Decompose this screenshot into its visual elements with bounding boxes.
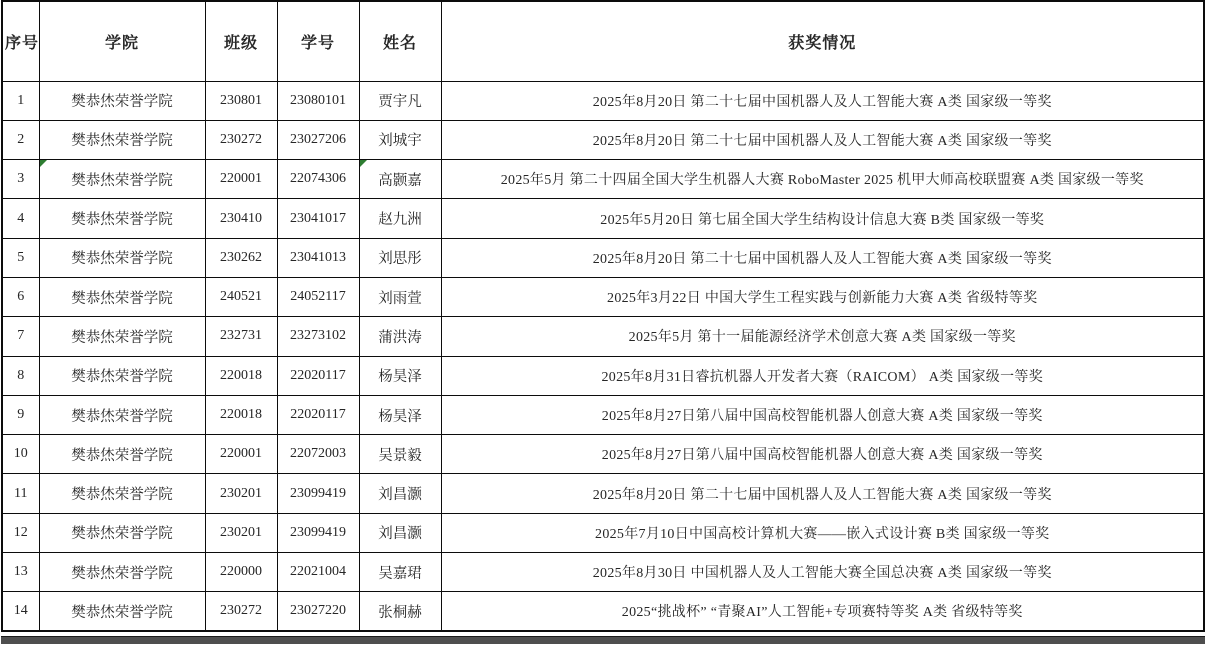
cell-student-id[interactable]: 23027206: [277, 120, 359, 159]
cell-college[interactable]: 樊恭烋荣誉学院: [39, 120, 205, 159]
cell-class[interactable]: 220001: [205, 160, 277, 199]
header-cell-index[interactable]: 序号: [2, 1, 39, 81]
cell-award[interactable]: 2025年5月 第二十四届全国大学生机器人大赛 RoboMaster 2025 …: [441, 160, 1204, 199]
cell-name[interactable]: 杨昊泽: [359, 356, 441, 395]
cell-name[interactable]: 刘昌灏: [359, 474, 441, 513]
cell-class[interactable]: 220018: [205, 356, 277, 395]
header-cell-class[interactable]: 班级: [205, 1, 277, 81]
table-row: 13樊恭烋荣誉学院22000022021004吴嘉珺2025年8月30日 中国机…: [2, 553, 1204, 592]
cell-student-id[interactable]: 22020117: [277, 395, 359, 434]
table-row: 11樊恭烋荣誉学院23020123099419刘昌灏2025年8月20日 第二十…: [2, 474, 1204, 513]
cell-index[interactable]: 6: [2, 277, 39, 316]
cell-index[interactable]: 2: [2, 120, 39, 159]
cell-class[interactable]: 220018: [205, 395, 277, 434]
cell-award[interactable]: 2025“挑战杯” “青聚AI”人工智能+专项赛特等奖 A类 省级特等奖: [441, 592, 1204, 631]
table-row: 14樊恭烋荣誉学院23027223027220张桐赫2025“挑战杯” “青聚A…: [2, 592, 1204, 631]
cell-award[interactable]: 2025年8月27日第八届中国高校智能机器人创意大赛 A类 国家级一等奖: [441, 435, 1204, 474]
cell-class[interactable]: 220001: [205, 435, 277, 474]
header-cell-award[interactable]: 获奖情况: [441, 1, 1204, 81]
cell-index[interactable]: 11: [2, 474, 39, 513]
cell-college[interactable]: 樊恭烋荣誉学院: [39, 474, 205, 513]
header-row: 序号 学院 班级 学号 姓名 获奖情况: [2, 1, 1204, 81]
header-cell-name[interactable]: 姓名: [359, 1, 441, 81]
cell-award[interactable]: 2025年3月22日 中国大学生工程实践与创新能力大赛 A类 省级特等奖: [441, 277, 1204, 316]
table-row: 9樊恭烋荣誉学院22001822020117杨昊泽2025年8月27日第八届中国…: [2, 395, 1204, 434]
cell-award[interactable]: 2025年5月20日 第七届全国大学生结构设计信息大赛 B类 国家级一等奖: [441, 199, 1204, 238]
cell-name[interactable]: 刘昌灏: [359, 513, 441, 552]
table-header: 序号 学院 班级 学号 姓名 获奖情况: [2, 1, 1204, 81]
cell-index[interactable]: 10: [2, 435, 39, 474]
cell-award[interactable]: 2025年5月 第十一届能源经济学术创意大赛 A类 国家级一等奖: [441, 317, 1204, 356]
cell-name[interactable]: 吴景毅: [359, 435, 441, 474]
table-body: 1樊恭烋荣誉学院23080123080101贾宇凡2025年8月20日 第二十七…: [2, 81, 1204, 631]
cell-college[interactable]: 樊恭烋荣誉学院: [39, 592, 205, 631]
cell-index[interactable]: 14: [2, 592, 39, 631]
cell-class[interactable]: 230201: [205, 513, 277, 552]
cell-student-id[interactable]: 22021004: [277, 553, 359, 592]
header-cell-student-id[interactable]: 学号: [277, 1, 359, 81]
cell-name[interactable]: 赵九洲: [359, 199, 441, 238]
cell-name[interactable]: 高颢嘉: [359, 160, 441, 199]
table-row: 5樊恭烋荣誉学院23026223041013刘思彤2025年8月20日 第二十七…: [2, 238, 1204, 277]
cell-award[interactable]: 2025年7月10日中国高校计算机大赛——嵌入式设计赛 B类 国家级一等奖: [441, 513, 1204, 552]
cell-index[interactable]: 8: [2, 356, 39, 395]
header-cell-college[interactable]: 学院: [39, 1, 205, 81]
cell-college[interactable]: 樊恭烋荣誉学院: [39, 435, 205, 474]
table-row: 1樊恭烋荣誉学院23080123080101贾宇凡2025年8月20日 第二十七…: [2, 81, 1204, 120]
cell-college[interactable]: 樊恭烋荣誉学院: [39, 160, 205, 199]
table-row: 2樊恭烋荣誉学院23027223027206刘城宇2025年8月20日 第二十七…: [2, 120, 1204, 159]
cell-index[interactable]: 5: [2, 238, 39, 277]
cell-student-id[interactable]: 23027220: [277, 592, 359, 631]
cell-class[interactable]: 230801: [205, 81, 277, 120]
awards-table: 序号 学院 班级 学号 姓名 获奖情况 1樊恭烋荣誉学院230801230801…: [1, 0, 1205, 632]
cell-index[interactable]: 4: [2, 199, 39, 238]
cell-class[interactable]: 220000: [205, 553, 277, 592]
cell-college[interactable]: 樊恭烋荣誉学院: [39, 553, 205, 592]
cell-college[interactable]: 樊恭烋荣誉学院: [39, 277, 205, 316]
cell-award[interactable]: 2025年8月20日 第二十七届中国机器人及人工智能大赛 A类 国家级一等奖: [441, 474, 1204, 513]
cell-award[interactable]: 2025年8月20日 第二十七届中国机器人及人工智能大赛 A类 国家级一等奖: [441, 81, 1204, 120]
cell-award[interactable]: 2025年8月31日睿抗机器人开发者大赛（RAICOM） A类 国家级一等奖: [441, 356, 1204, 395]
cell-student-id[interactable]: 23099419: [277, 474, 359, 513]
cell-index[interactable]: 1: [2, 81, 39, 120]
cell-college[interactable]: 樊恭烋荣誉学院: [39, 317, 205, 356]
cell-class[interactable]: 240521: [205, 277, 277, 316]
cell-name[interactable]: 蒲洪涛: [359, 317, 441, 356]
cell-index[interactable]: 9: [2, 395, 39, 434]
cell-college[interactable]: 樊恭烋荣誉学院: [39, 199, 205, 238]
cell-student-id[interactable]: 22074306: [277, 160, 359, 199]
cell-name[interactable]: 杨昊泽: [359, 395, 441, 434]
cell-name[interactable]: 张桐赫: [359, 592, 441, 631]
cell-name[interactable]: 吴嘉珺: [359, 553, 441, 592]
cell-class[interactable]: 230262: [205, 238, 277, 277]
next-section-divider: [1, 636, 1205, 644]
cell-index[interactable]: 12: [2, 513, 39, 552]
cell-college[interactable]: 樊恭烋荣誉学院: [39, 81, 205, 120]
cell-award[interactable]: 2025年8月30日 中国机器人及人工智能大赛全国总决赛 A类 国家级一等奖: [441, 553, 1204, 592]
cell-student-id[interactable]: 23080101: [277, 81, 359, 120]
table-row: 7樊恭烋荣誉学院23273123273102蒲洪涛2025年5月 第十一届能源经…: [2, 317, 1204, 356]
table-row: 6樊恭烋荣誉学院24052124052117刘雨萱2025年3月22日 中国大学…: [2, 277, 1204, 316]
cell-name[interactable]: 贾宇凡: [359, 81, 441, 120]
table-row: 10樊恭烋荣誉学院22000122072003吴景毅2025年8月27日第八届中…: [2, 435, 1204, 474]
cell-name[interactable]: 刘雨萱: [359, 277, 441, 316]
cell-award[interactable]: 2025年8月20日 第二十七届中国机器人及人工智能大赛 A类 国家级一等奖: [441, 238, 1204, 277]
table-row: 3樊恭烋荣誉学院22000122074306高颢嘉2025年5月 第二十四届全国…: [2, 160, 1204, 199]
cell-college[interactable]: 樊恭烋荣誉学院: [39, 395, 205, 434]
cell-index[interactable]: 13: [2, 553, 39, 592]
cell-award[interactable]: 2025年8月20日 第二十七届中国机器人及人工智能大赛 A类 国家级一等奖: [441, 120, 1204, 159]
cell-student-id[interactable]: 22072003: [277, 435, 359, 474]
cell-student-id[interactable]: 23041017: [277, 199, 359, 238]
cell-name[interactable]: 刘思彤: [359, 238, 441, 277]
cell-award[interactable]: 2025年8月27日第八届中国高校智能机器人创意大赛 A类 国家级一等奖: [441, 395, 1204, 434]
cell-class[interactable]: 230410: [205, 199, 277, 238]
table-row: 8樊恭烋荣誉学院22001822020117杨昊泽2025年8月31日睿抗机器人…: [2, 356, 1204, 395]
cell-name[interactable]: 刘城宇: [359, 120, 441, 159]
cell-college[interactable]: 樊恭烋荣誉学院: [39, 513, 205, 552]
cell-class[interactable]: 230201: [205, 474, 277, 513]
cell-class[interactable]: 232731: [205, 317, 277, 356]
cell-class[interactable]: 230272: [205, 592, 277, 631]
cell-index[interactable]: 3: [2, 160, 39, 199]
cell-student-id[interactable]: 23041013: [277, 238, 359, 277]
cell-student-id[interactable]: 22020117: [277, 356, 359, 395]
cell-student-id[interactable]: 23273102: [277, 317, 359, 356]
table-row: 12樊恭烋荣誉学院23020123099419刘昌灏2025年7月10日中国高校…: [2, 513, 1204, 552]
cell-index[interactable]: 7: [2, 317, 39, 356]
spreadsheet-view: 序号 学院 班级 学号 姓名 获奖情况 1樊恭烋荣誉学院230801230801…: [0, 0, 1208, 645]
cell-college[interactable]: 樊恭烋荣誉学院: [39, 238, 205, 277]
table-row: 4樊恭烋荣誉学院23041023041017赵九洲2025年5月20日 第七届全…: [2, 199, 1204, 238]
cell-college[interactable]: 樊恭烋荣誉学院: [39, 356, 205, 395]
cell-student-id[interactable]: 24052117: [277, 277, 359, 316]
cell-student-id[interactable]: 23099419: [277, 513, 359, 552]
cell-class[interactable]: 230272: [205, 120, 277, 159]
